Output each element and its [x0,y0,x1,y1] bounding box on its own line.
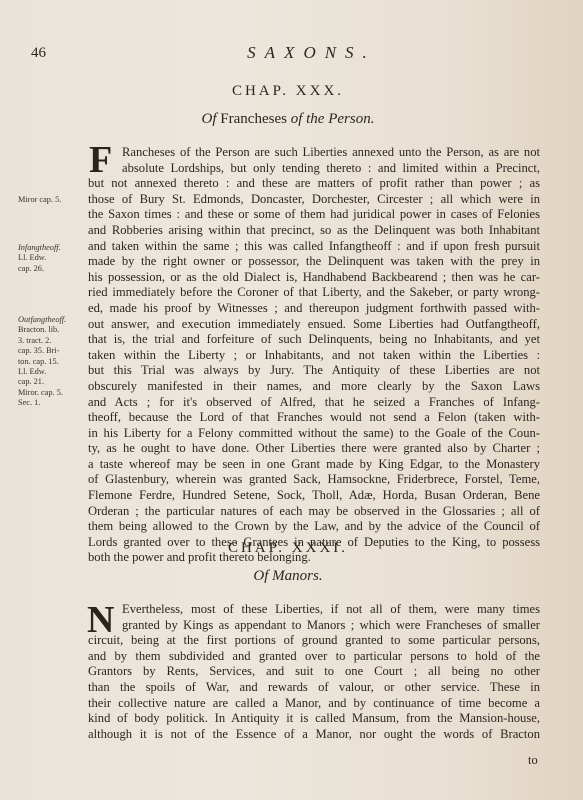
text-line: Grantors by Rents, Services, and suit to… [88,664,540,680]
margin-note: ton. cap. 15. [18,357,90,367]
margin-note: cap. 26. [18,264,90,274]
text-line: ed, made his proof by Witnesses ; and th… [88,301,540,317]
catchword: to [528,753,538,768]
text-line: Flemone Ferdre, Hundred Setene, Sock, Th… [88,488,540,504]
text-line: granted by Kings as appendant to Manors … [88,618,540,634]
margin-note: Outfangtheoff. [18,315,90,325]
chapter-31-heading: CHAP. XXXI. [88,540,488,557]
text-line: and Robberies arising within that precin… [88,223,540,239]
chapter-30-title: Of Francheses of the Person. [88,111,488,128]
text-line: out answer, and execution immediately en… [88,317,540,333]
margin-note: Infangtheoff. [18,243,90,253]
running-head: SAXONS. [0,43,583,63]
margin-note: cap. 21. [18,377,90,387]
text-line: and Acts ; for it's observed of Alfred, … [88,395,540,411]
text-line: although it is not of the Essence of a M… [88,727,540,743]
text-line: a taste whereof may be seen in one Grant… [88,457,540,473]
title-suffix: of the Person. [291,111,375,127]
text-line: those of Bury St. Edmonds, Doncaster, Do… [88,192,540,208]
text-line: Orderan ; the particular natures of each… [88,504,540,520]
margin-note: Miror cap. 5. [18,195,90,205]
title-prefix: Of [253,568,268,584]
text-line: ty, as he ought to have done. Other Libe… [88,441,540,457]
text-line: Rancheses of the Person are such Liberti… [88,145,540,161]
text-line: obscurely manifested in their names, and… [88,379,540,395]
text-line: and by them subdivided and granted over … [88,649,540,665]
margin-note-group-2: Infangtheoff. Ll. Edw. cap. 26. [18,243,90,274]
text-line: the Saxon times : and these or some of t… [88,207,540,223]
chapter-31-body: Evertheless, most of these Liberties, if… [88,602,540,742]
text-line: ried immediately before the Coroner of t… [88,285,540,301]
margin-note: Ll. Edw. [18,367,90,377]
text-line: them being allowed to the Crown by the L… [88,519,540,535]
text-line: made by the right owner or possessor, th… [88,254,540,270]
margin-note: Miror. cap. 5. [18,388,90,398]
margin-note: Bracton. lib. [18,325,90,335]
margin-note: cap. 35. Bri- [18,346,90,356]
text-line: absolute Lordships, but only tending the… [88,161,540,177]
text-line: kind of body politick. In Antiquity it i… [88,711,540,727]
text-line: theoff, because the Lord of that Franche… [88,410,540,426]
chapter-30-body: Rancheses of the Person are such Liberti… [88,145,540,566]
margin-note-group-3: Outfangtheoff. Bracton. lib. 3. tract. 2… [18,315,90,409]
margin-note: Ll. Edw. [18,253,90,263]
chapter-31-title: Of Manors. [88,568,488,585]
margin-note: 3. tract. 2. [18,336,90,346]
text-line: of Glastenbury, wherein was granted Sack… [88,472,540,488]
margin-note-group-1: Miror cap. 5. [18,195,90,205]
title-suffix: Manors. [272,568,322,584]
text-line: that is, the trial and forfeiture of suc… [88,332,540,348]
text-line: taken within the Liberty ; or Inhabitant… [88,348,540,364]
text-line: than the spoils of War, and rewards of v… [88,680,540,696]
text-line: in his Liberty for a Felony committed wi… [88,426,540,442]
text-line: Evertheless, most of these Liberties, if… [88,602,540,618]
text-line: but not annexed thereto : and these are … [88,176,540,192]
text-line: their collective nature are called a Man… [88,696,540,712]
title-prefix: Of [202,111,217,127]
text-line: his possession, or as the old Dialect is… [88,270,540,286]
text-line: but this Trial was always by Jury. The A… [88,363,540,379]
margin-note: Sec. 1. [18,398,90,408]
text-line: circuit, being at the first portions of … [88,633,540,649]
title-middle: Francheses [220,111,287,127]
book-page: 46 SAXONS. CHAP. XXX. Of Francheses of t… [0,0,583,800]
text-line: and taken within the same ; this was cal… [88,239,540,255]
chapter-30-heading: CHAP. XXX. [88,83,488,100]
